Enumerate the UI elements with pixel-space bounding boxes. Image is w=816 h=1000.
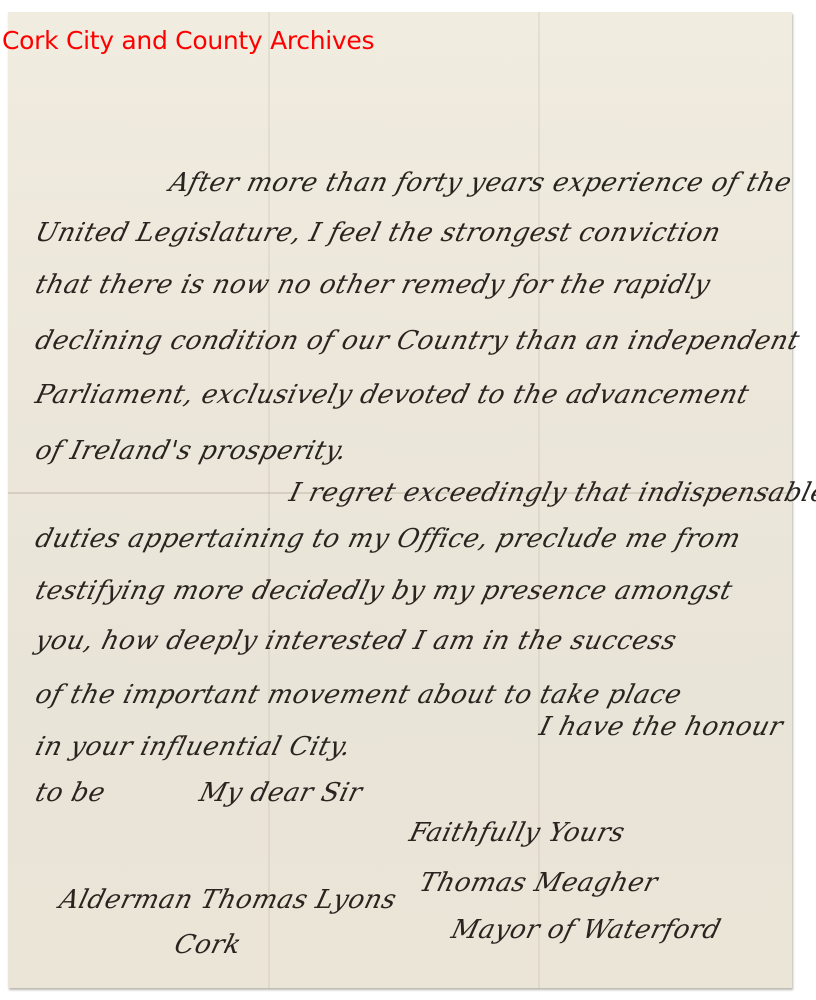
letter-line: Parliament, exclusively devoted to the a…: [32, 380, 752, 410]
letter-line: of the important movement about to take …: [32, 680, 685, 710]
letter-line: you, how deeply interested I am in the s…: [32, 626, 680, 656]
letter-line: in your influential City.: [32, 732, 354, 762]
letter-line: declining condition of our Country than …: [32, 326, 803, 356]
archive-watermark: Cork City and County Archives: [2, 26, 374, 55]
letter-line: duties appertaining to my Office, preclu…: [32, 524, 744, 554]
addressee-name: Alderman Thomas Lyons: [56, 885, 399, 915]
letter-line: of Ireland's prosperity.: [32, 436, 350, 466]
addressee-place: Cork: [171, 930, 244, 960]
salutation: My dear Sir: [196, 778, 365, 808]
letter-line: I have the honour: [536, 712, 786, 742]
signature: Thomas Meagher: [416, 868, 661, 898]
letter-line: After more than forty years experience o…: [166, 168, 795, 198]
paper-fold-vertical: [268, 12, 270, 988]
closing: Faithfully Yours: [406, 818, 628, 848]
letter-line: to be: [32, 778, 108, 808]
letter-line: that there is now no other remedy for th…: [32, 270, 713, 300]
signatory-title: Mayor of Waterford: [448, 915, 724, 945]
letter-line: United Legislature, I feel the strongest…: [32, 218, 724, 248]
letter-line: I regret exceedingly that indispensable: [286, 478, 816, 508]
letter-line: testifying more decidedly by my presence…: [32, 576, 735, 606]
